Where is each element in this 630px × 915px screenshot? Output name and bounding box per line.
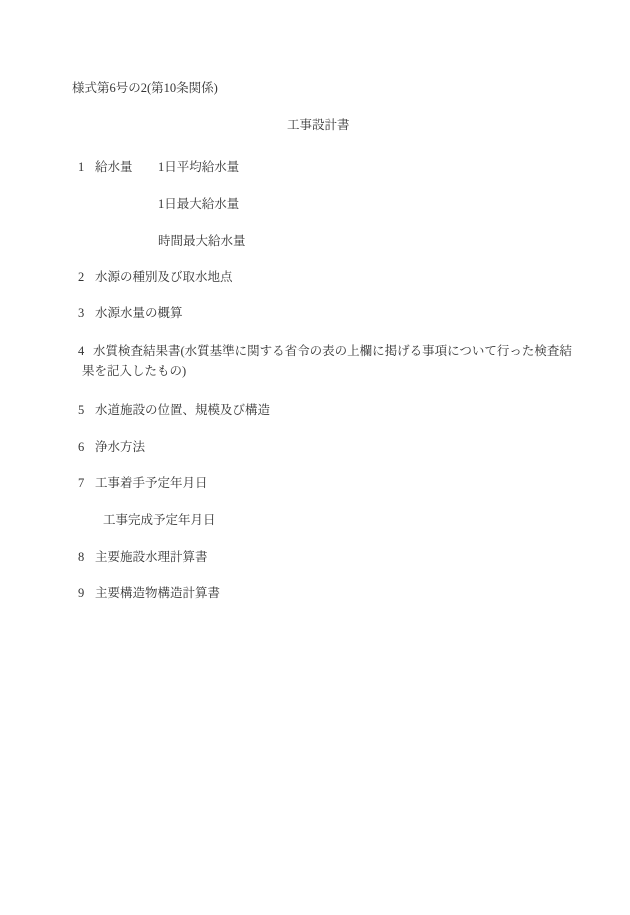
form-number: 様式第6号の2(第10条関係) xyxy=(72,82,218,95)
item-number: 9 xyxy=(78,587,84,600)
item-label: 工事着手予定年月日 xyxy=(95,477,208,490)
document-page: { "doc": { "form_number": "様式第6号の2(第10条関… xyxy=(0,0,630,915)
page-title: 工事設計書 xyxy=(287,119,350,132)
list-item-1-subline-3: 時間最大給水量 xyxy=(0,235,630,260)
item-subline: 1日平均給水量 xyxy=(158,161,239,174)
item-label: 水道施設の位置、規模及び構造 xyxy=(95,404,270,417)
list-item-9: 9 主要構造物構造計算書 xyxy=(0,587,630,625)
list-item-3: 3 水源水量の概算 xyxy=(0,307,630,345)
item-subline: 工事完成予定年月日 xyxy=(103,514,216,527)
item-number: 8 xyxy=(78,551,84,564)
item-label: 水質検査結果書(水質基準に関する省令の表の上欄に掲げる事項について行った検査結果… xyxy=(82,344,572,378)
item-number: 6 xyxy=(78,441,84,454)
list-item-6: 6 浄水方法 xyxy=(0,441,630,479)
item-number: 4 xyxy=(78,345,84,358)
item-label: 主要構造物構造計算書 xyxy=(95,587,220,600)
item-number: 2 xyxy=(78,271,84,284)
list-item-4: 4水質検査結果書(水質基準に関する省令の表の上欄に掲げる事項について行った検査結… xyxy=(82,341,582,381)
list-item-5: 5 水道施設の位置、規模及び構造 xyxy=(0,404,630,442)
list-item-1-subline-2: 1日最大給水量 xyxy=(0,198,630,223)
item-number: 3 xyxy=(78,307,84,320)
item-label: 水源水量の概算 xyxy=(95,307,183,320)
list-item-7-subline: 工事完成予定年月日 xyxy=(0,514,630,539)
item-number: 7 xyxy=(78,477,84,490)
item-label: 浄水方法 xyxy=(95,441,145,454)
item-label: 給水量 xyxy=(95,161,133,174)
item-number: 5 xyxy=(78,404,84,417)
item-label: 水源の種別及び取水地点 xyxy=(95,271,233,284)
list-item-2: 2 水源の種別及び取水地点 xyxy=(0,271,630,309)
item-subline: 1日最大給水量 xyxy=(158,198,239,211)
list-item-7: 7 工事着手予定年月日 xyxy=(0,477,630,515)
form-number-row: 様式第6号の2(第10条関係) xyxy=(0,82,630,107)
item-subline: 時間最大給水量 xyxy=(158,235,246,248)
item-number: 1 xyxy=(78,161,84,174)
item-label: 主要施設水理計算書 xyxy=(95,551,208,564)
title-row: 工事設計書 xyxy=(0,119,630,144)
list-item-8: 8 主要施設水理計算書 xyxy=(0,551,630,589)
